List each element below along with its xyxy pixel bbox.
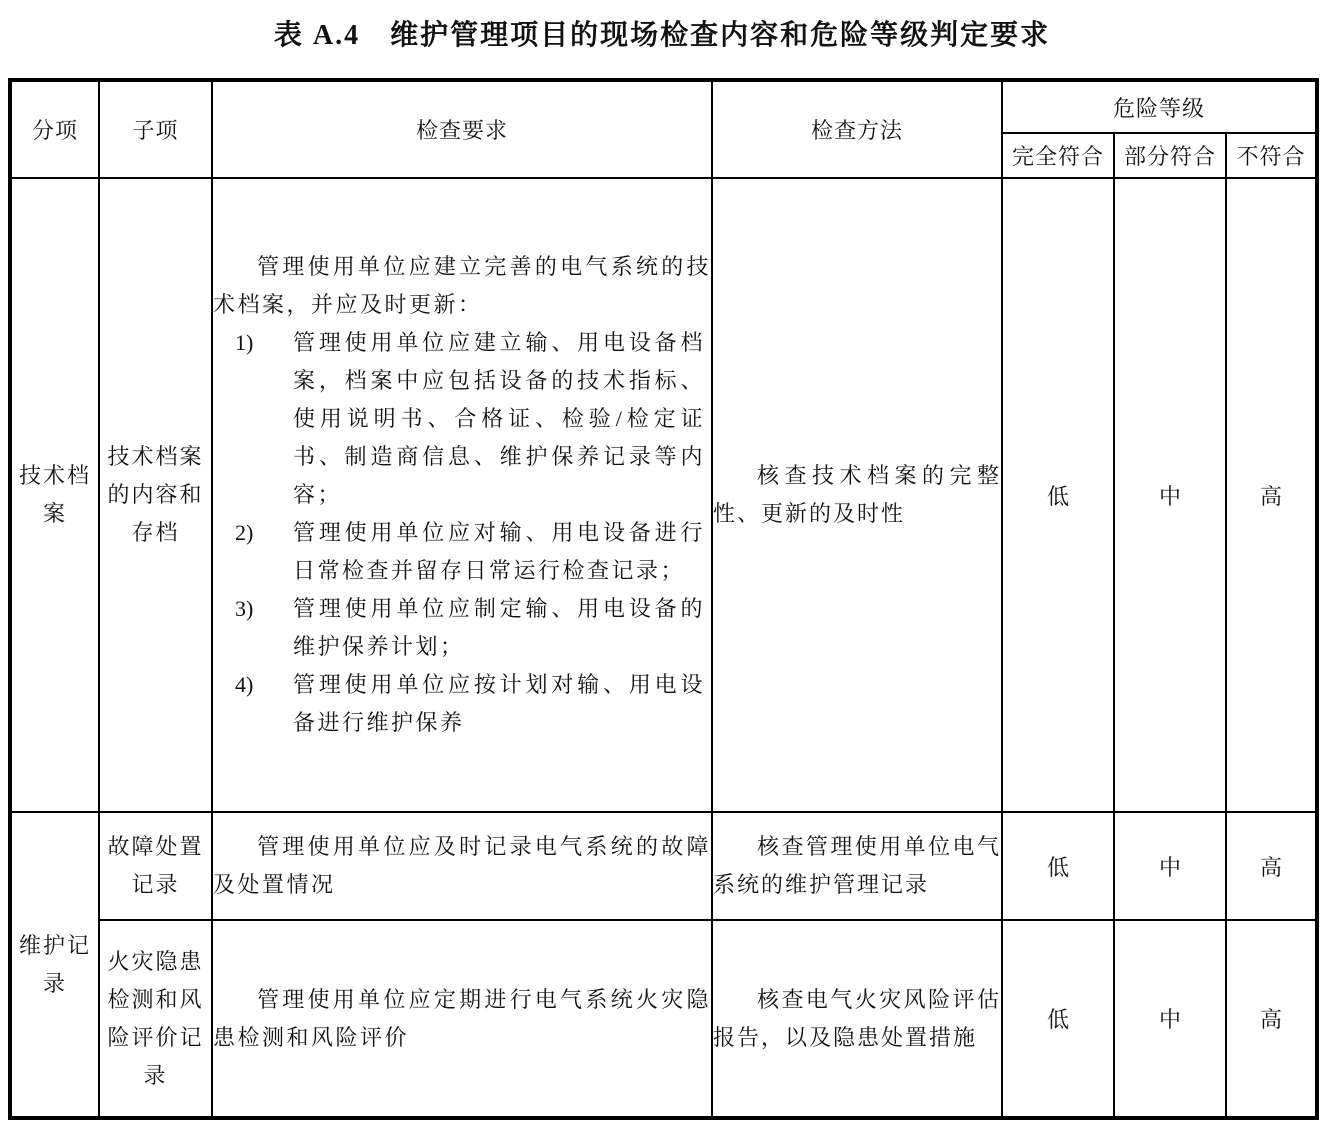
cell-method-fire-hazard: 核查电气火灾风险评估报告，以及隐患处置措施 [712,920,1002,1118]
cell-risk-partial-row2: 中 [1114,812,1226,920]
column-header-risk-group: 危险等级 [1002,80,1317,133]
requirement-list-item-1: 1) 管理使用单位应建立输、用电设备档案，档案中应包括设备的技术指标、使用说明书… [213,324,711,514]
table-row-fire-hazard-record: 火灾隐患检测和风险评价记录 管理使用单位应定期进行电气系统火灾隐患检测和风险评价… [10,920,1317,1118]
cell-subitem-fire-hazard-record: 火灾隐患检测和风险评价记录 [99,920,212,1118]
cell-risk-non-row2: 高 [1226,812,1317,920]
requirement-list-item-2: 2) 管理使用单位应对输、用电设备进行日常检查并留存日常运行检查记录； [213,514,711,590]
header-row-top: 分项 子项 检查要求 检查方法 危险等级 [10,80,1317,133]
requirement-intro: 管理使用单位应建立完善的电气系统的技术档案，并应及时更新： [213,248,711,324]
list-item-text: 管理使用单位应对输、用电设备进行日常检查并留存日常运行检查记录； [293,514,711,590]
cell-requirement-technical-archive: 管理使用单位应建立完善的电气系统的技术档案，并应及时更新： 1) 管理使用单位应… [212,178,712,812]
column-header-item: 分项 [10,80,99,178]
column-header-risk-full: 完全符合 [1002,133,1114,178]
method-text: 核查技术档案的完整性、更新的及时性 [713,457,1001,533]
column-header-requirement: 检查要求 [212,80,712,178]
list-item-text: 管理使用单位应建立输、用电设备档案，档案中应包括设备的技术指标、使用说明书、合格… [293,324,711,514]
cell-risk-full-row3: 低 [1002,920,1114,1118]
cell-requirement-fire-hazard: 管理使用单位应定期进行电气系统火灾隐患检测和风险评价 [212,920,712,1118]
cell-item-technical-archive: 技术档案 [10,178,99,812]
cell-method-technical-archive: 核查技术档案的完整性、更新的及时性 [712,178,1002,812]
cell-risk-partial-row3: 中 [1114,920,1226,1118]
list-item-text: 管理使用单位应按计划对输、用电设备进行维护保养 [293,666,711,742]
method-text: 核查管理使用单位电气系统的维护管理记录 [713,828,1001,904]
cell-subitem-archive-content: 技术档案的内容和存档 [99,178,212,812]
list-item-number: 3) [213,590,293,666]
requirement-text: 管理使用单位应及时记录电气系统的故障及处置情况 [213,828,711,904]
cell-risk-full-row1: 低 [1002,178,1114,812]
method-text: 核查电气火灾风险评估报告，以及隐患处置措施 [713,981,1001,1057]
cell-method-fault-record: 核查管理使用单位电气系统的维护管理记录 [712,812,1002,920]
requirement-list-item-4: 4) 管理使用单位应按计划对输、用电设备进行维护保养 [213,666,711,742]
table-row-technical-archive: 技术档案 技术档案的内容和存档 管理使用单位应建立完善的电气系统的技术档案，并应… [10,178,1317,812]
requirement-list-item-3: 3) 管理使用单位应制定输、用电设备的维护保养计划； [213,590,711,666]
table-row-fault-record: 维护记录 故障处置记录 管理使用单位应及时记录电气系统的故障及处置情况 核查管理… [10,812,1317,920]
column-header-risk-non: 不符合 [1226,133,1317,178]
list-item-number: 1) [213,324,293,514]
list-item-text: 管理使用单位应制定输、用电设备的维护保养计划； [293,590,711,666]
cell-requirement-fault-record: 管理使用单位应及时记录电气系统的故障及处置情况 [212,812,712,920]
cell-risk-non-row1: 高 [1226,178,1317,812]
column-header-subitem: 子项 [99,80,212,178]
requirement-text: 管理使用单位应定期进行电气系统火灾隐患检测和风险评价 [213,981,711,1057]
cell-risk-partial-row1: 中 [1114,178,1226,812]
cell-subitem-fault-record: 故障处置记录 [99,812,212,920]
document-page: 表 A.4 维护管理项目的现场检查内容和危险等级判定要求 分项 子项 检查要求 … [0,0,1324,1132]
list-item-number: 2) [213,514,293,590]
inspection-requirements-table: 分项 子项 检查要求 检查方法 危险等级 完全符合 部分符合 不符合 技术档案 … [8,78,1319,1120]
list-item-number: 4) [213,666,293,742]
table-caption: 表 A.4 维护管理项目的现场检查内容和危险等级判定要求 [0,0,1324,53]
column-header-method: 检查方法 [712,80,1002,178]
cell-risk-non-row3: 高 [1226,920,1317,1118]
column-header-risk-partial: 部分符合 [1114,133,1226,178]
cell-risk-full-row2: 低 [1002,812,1114,920]
cell-item-maintenance-record: 维护记录 [10,812,99,1118]
